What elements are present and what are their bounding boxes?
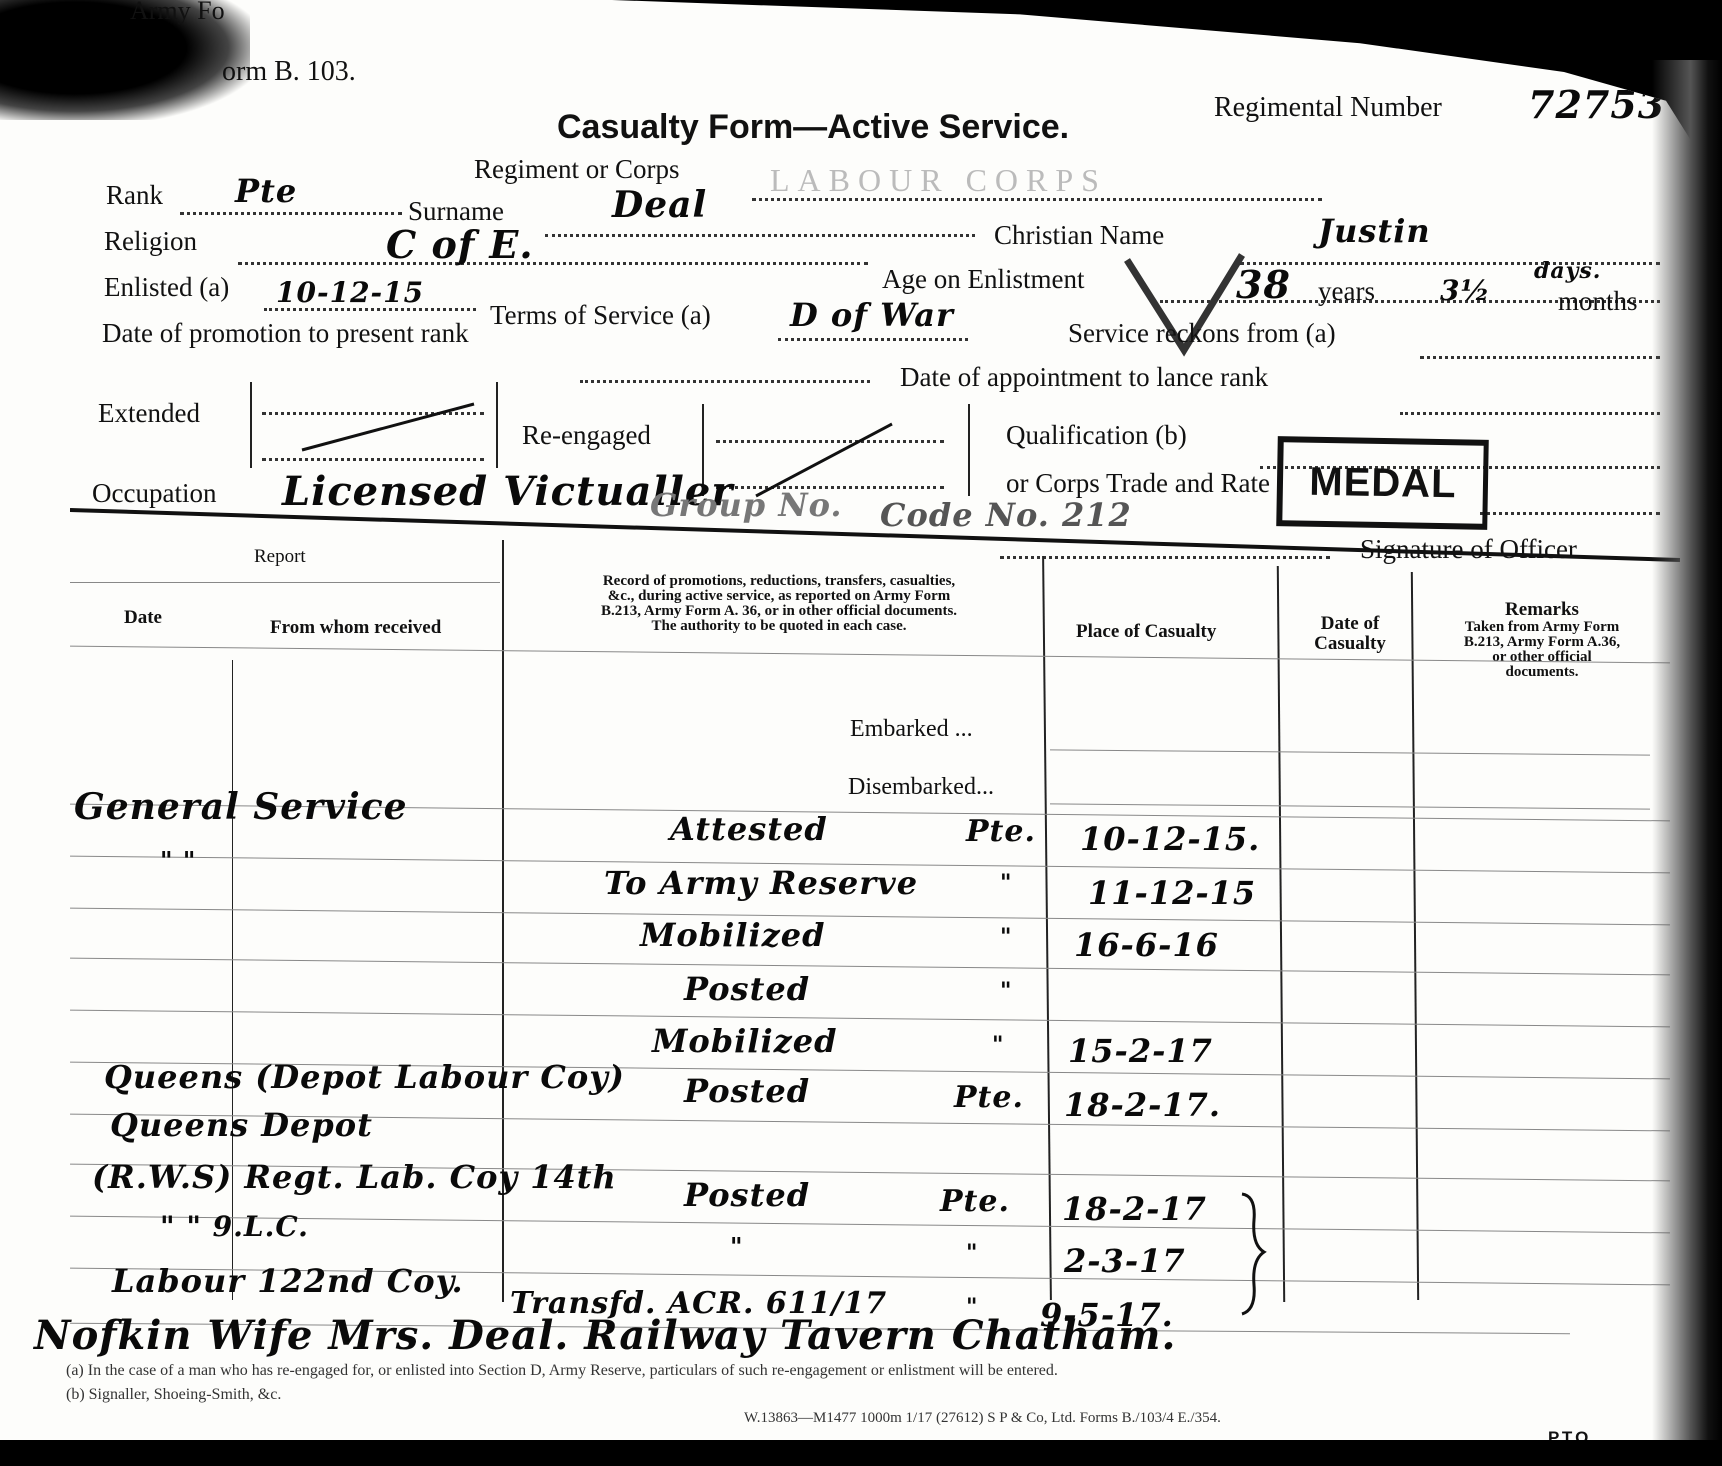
row-record: Mobilized bbox=[640, 916, 826, 954]
reckons-label: Service reckons from (a) bbox=[1068, 318, 1336, 349]
form-number: orm B. 103. bbox=[222, 56, 356, 88]
qualification-label: Qualification (b) bbox=[1006, 420, 1187, 451]
from-whom-header: From whom received bbox=[270, 618, 441, 638]
date-casualty-header: Date of Casualty bbox=[1300, 614, 1400, 654]
date-casualty-header-line: Date of bbox=[1300, 614, 1400, 634]
record-header-line: B.213, Army Form A. 36, or in other offi… bbox=[514, 604, 1044, 619]
table-rule bbox=[1050, 803, 1650, 809]
record-header-line: The authority to be quoted in each case. bbox=[514, 619, 1044, 634]
rank-label: Rank bbox=[106, 180, 163, 211]
enlisted-label: Enlisted (a) bbox=[104, 272, 229, 303]
col-divider-datecas bbox=[1277, 566, 1285, 1302]
date-header: Date bbox=[124, 608, 162, 628]
surname-dots bbox=[545, 234, 975, 237]
row-date: 15-2-17 bbox=[1068, 1032, 1213, 1070]
row-rank: Pte. bbox=[940, 1184, 1010, 1219]
trade-label: or Corps Trade and Rate bbox=[1006, 468, 1270, 499]
form-title: Casualty Form—Active Service. bbox=[557, 108, 1069, 147]
table-rule bbox=[70, 908, 1670, 926]
row-record: Mobilized bbox=[652, 1022, 838, 1060]
disembarked-label: Disembarked... bbox=[848, 774, 994, 801]
rank-value: Pte bbox=[235, 172, 297, 210]
record-header-line: Record of promotions, reductions, transf… bbox=[514, 574, 1044, 589]
row-rank: " bbox=[1000, 924, 1012, 950]
row-date: 2-3-17 bbox=[1064, 1242, 1186, 1280]
age-months-value: 3½ bbox=[1440, 274, 1491, 307]
row-from: Queens (Depot Labour Coy) bbox=[104, 1058, 625, 1096]
reengaged-label: Re-engaged bbox=[522, 420, 651, 451]
lance-rank-dots bbox=[1400, 412, 1660, 415]
remarks-line: documents. bbox=[1424, 665, 1660, 680]
row-record: Posted bbox=[684, 1176, 810, 1214]
scan-bottom-border bbox=[0, 1440, 1722, 1466]
promotion-label: Date of promotion to present rank bbox=[102, 318, 469, 349]
surname-value: Deal bbox=[612, 184, 707, 226]
row-from: Labour 122nd Coy. bbox=[112, 1262, 464, 1300]
row-date: 11-12-15 bbox=[1088, 874, 1256, 912]
regimental-number-label: Regimental Number bbox=[1214, 92, 1442, 124]
extended-label: Extended bbox=[98, 398, 200, 429]
scan-edge-shadow bbox=[1652, 60, 1722, 1466]
enlisted-value: 10-12-15 bbox=[276, 276, 424, 309]
regiment-stamp: LABOUR CORPS bbox=[770, 162, 1107, 199]
date-brace-icon bbox=[1236, 1190, 1270, 1320]
row-rank: Pte. bbox=[954, 1080, 1024, 1115]
record-header: Record of promotions, reductions, transf… bbox=[514, 574, 1044, 634]
terms-value: D of War bbox=[790, 296, 954, 334]
army-form-label: Army Fo bbox=[130, 0, 225, 26]
terms-label: Terms of Service (a) bbox=[490, 300, 711, 331]
religion-dots bbox=[238, 262, 868, 265]
christian-name-label: Christian Name bbox=[994, 220, 1164, 251]
rank-dots bbox=[180, 212, 402, 215]
record-header-line: &c., during active service, as reported … bbox=[514, 589, 1044, 604]
row-date: 10-12-15. bbox=[1080, 820, 1260, 858]
table-rule bbox=[1050, 749, 1650, 755]
next-of-kin: Nofkin Wife Mrs. Deal. Railway Tavern Ch… bbox=[34, 1312, 1176, 1359]
row-rank: Pte. bbox=[966, 814, 1036, 849]
row-record: Attested bbox=[670, 810, 828, 848]
age-days-note: days. bbox=[1534, 258, 1601, 284]
place-header: Place of Casualty bbox=[1076, 622, 1216, 642]
years-label: years bbox=[1318, 276, 1375, 307]
promotion-dots bbox=[580, 380, 870, 383]
row-record: Posted bbox=[684, 970, 810, 1008]
row-record: Posted bbox=[684, 1072, 810, 1110]
heavy-divider bbox=[70, 500, 1690, 570]
regiment-label: Regiment or Corps bbox=[474, 154, 679, 185]
col-divider-remarks bbox=[1411, 572, 1419, 1300]
remarks-line: B.213, Army Form A.36, bbox=[1424, 635, 1660, 650]
col-divider-date bbox=[232, 660, 233, 1300]
row-record: " bbox=[730, 1232, 744, 1261]
row-rank: " bbox=[966, 1240, 978, 1266]
row-record: To Army Reserve bbox=[604, 864, 918, 902]
remarks-title: Remarks bbox=[1424, 600, 1660, 620]
col-divider-place bbox=[1042, 556, 1052, 1300]
row-from: (R.W.S) Regt. Lab. Coy 14th bbox=[92, 1158, 617, 1196]
extended-strike bbox=[298, 398, 478, 458]
remarks-line: Taken from Army Form bbox=[1424, 620, 1660, 635]
document-page: Army Fo orm B. 103. Casualty Form—Active… bbox=[0, 0, 1700, 1440]
row-rank: " bbox=[992, 1032, 1004, 1058]
terms-dots bbox=[778, 338, 968, 341]
row-from: Queens Depot bbox=[110, 1106, 373, 1144]
date-casualty-header-line: Casualty bbox=[1300, 634, 1400, 654]
row-from: " " 9.L.C. bbox=[160, 1210, 309, 1243]
table-rule bbox=[70, 1010, 1670, 1028]
lance-rank-label: Date of appointment to lance rank bbox=[900, 362, 1268, 393]
footnote-a: (a) In the case of a man who has re-enga… bbox=[66, 1362, 1058, 1380]
printer-line: W.13863—M1477 1000m 1/17 (27612) S P & C… bbox=[744, 1410, 1221, 1427]
embarked-label: Embarked ... bbox=[850, 716, 973, 743]
reckons-dots bbox=[1420, 356, 1660, 359]
table-rule bbox=[70, 958, 1670, 976]
row-date: 18-2-17. bbox=[1064, 1086, 1221, 1124]
row-date: 16-6-16 bbox=[1074, 926, 1219, 964]
christian-name-value: Justin bbox=[1318, 212, 1431, 250]
row-from: " " bbox=[160, 846, 196, 875]
table-rule bbox=[70, 1216, 1670, 1234]
row-from: General Service bbox=[74, 786, 408, 828]
row-rank: " bbox=[1000, 870, 1012, 896]
report-header: Report bbox=[254, 546, 306, 568]
months-label: months bbox=[1558, 286, 1638, 317]
row-date: 18-2-17 bbox=[1062, 1190, 1207, 1228]
footnote-b: (b) Signaller, Shoeing-Smith, &c. bbox=[66, 1386, 281, 1404]
regimental-number-value: 72753 bbox=[1528, 82, 1665, 127]
religion-label: Religion bbox=[104, 226, 197, 257]
report-rule bbox=[70, 582, 500, 583]
age-label: Age on Enlistment bbox=[882, 264, 1084, 295]
row-rank: " bbox=[1000, 978, 1012, 1004]
religion-value: C of E. bbox=[386, 222, 534, 267]
extended-dots-2 bbox=[262, 458, 484, 461]
remarks-header: Remarks Taken from Army Form B.213, Army… bbox=[1424, 600, 1660, 680]
